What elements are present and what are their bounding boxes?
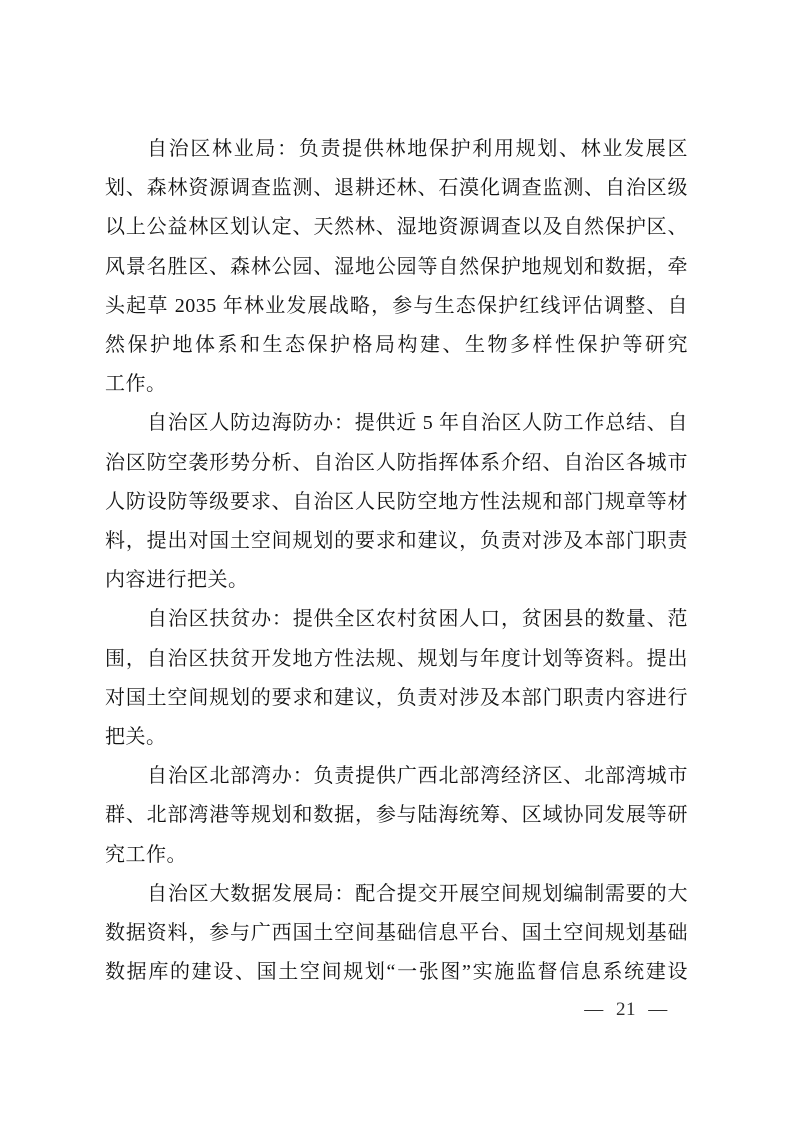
text-line: 数据库的建设、国土空间规划“一张图”实施监督信息系统建设 [105, 953, 688, 992]
text-line: 人防设防等级要求、自治区人民防空地方性法规和部门规章等材 [105, 483, 688, 522]
text-line: 自治区林业局：负责提供林地保护利用规划、林业发展区 [105, 130, 688, 169]
document-page: 自治区林业局：负责提供林地保护利用规划、林业发展区划、森林资源调查监测、退耕还林… [0, 0, 793, 1122]
text-line: 头起草 2035 年林业发展战略，参与生态保护红线评估调整、自 [105, 287, 688, 326]
text-line: 自治区大数据发展局：配合提交开展空间规划编制需要的大 [105, 875, 688, 914]
paragraph: 自治区北部湾办：负责提供广西北部湾经济区、北部湾城市群、北部湾港等规划和数据，参… [105, 757, 688, 875]
page-number: — 21 — [576, 999, 676, 1021]
text-line: 围，自治区扶贫开发地方性法规、规划与年度计划等资料。提出 [105, 640, 688, 679]
paragraph: 自治区人防边海防办：提供近 5 年自治区人防工作总结、自治区防空袭形势分析、自治… [105, 404, 688, 600]
text-line: 自治区北部湾办：负责提供广西北部湾经济区、北部湾城市 [105, 757, 688, 796]
text-line: 划、森林资源调查监测、退耕还林、石漠化调查监测、自治区级 [105, 169, 688, 208]
text-line: 以上公益林区划认定、天然林、湿地资源调查以及自然保护区、 [105, 208, 688, 247]
paragraph: 自治区林业局：负责提供林地保护利用规划、林业发展区划、森林资源调查监测、退耕还林… [105, 130, 688, 404]
text-line: 究工作。 [105, 836, 688, 875]
text-line: 对国土空间规划的要求和建议，负责对涉及本部门职责内容进行 [105, 679, 688, 718]
text-line: 内容进行把关。 [105, 561, 688, 600]
text-line: 风景名胜区、森林公园、湿地公园等自然保护地规划和数据，牵 [105, 248, 688, 287]
text-line: 工作。 [105, 365, 688, 404]
text-line: 然保护地体系和生态保护格局构建、生物多样性保护等研究 [105, 326, 688, 365]
text-line: 料，提出对国土空间规划的要求和建议，负责对涉及本部门职责 [105, 522, 688, 561]
paragraph: 自治区大数据发展局：配合提交开展空间规划编制需要的大数据资料，参与广西国土空间基… [105, 875, 688, 993]
paragraph: 自治区扶贫办：提供全区农村贫困人口，贫困县的数量、范围，自治区扶贫开发地方性法规… [105, 600, 688, 757]
document-body: 自治区林业局：负责提供林地保护利用规划、林业发展区划、森林资源调查监测、退耕还林… [105, 130, 688, 992]
text-line: 治区防空袭形势分析、自治区人防指挥体系介绍、自治区各城市 [105, 444, 688, 483]
text-line: 群、北部湾港等规划和数据，参与陆海统筹、区域协同发展等研 [105, 796, 688, 835]
text-line: 把关。 [105, 718, 688, 757]
text-line: 自治区扶贫办：提供全区农村贫困人口，贫困县的数量、范 [105, 600, 688, 639]
text-line: 自治区人防边海防办：提供近 5 年自治区人防工作总结、自 [105, 404, 688, 443]
text-line: 数据资料，参与广西国土空间基础信息平台、国土空间规划基础 [105, 914, 688, 953]
